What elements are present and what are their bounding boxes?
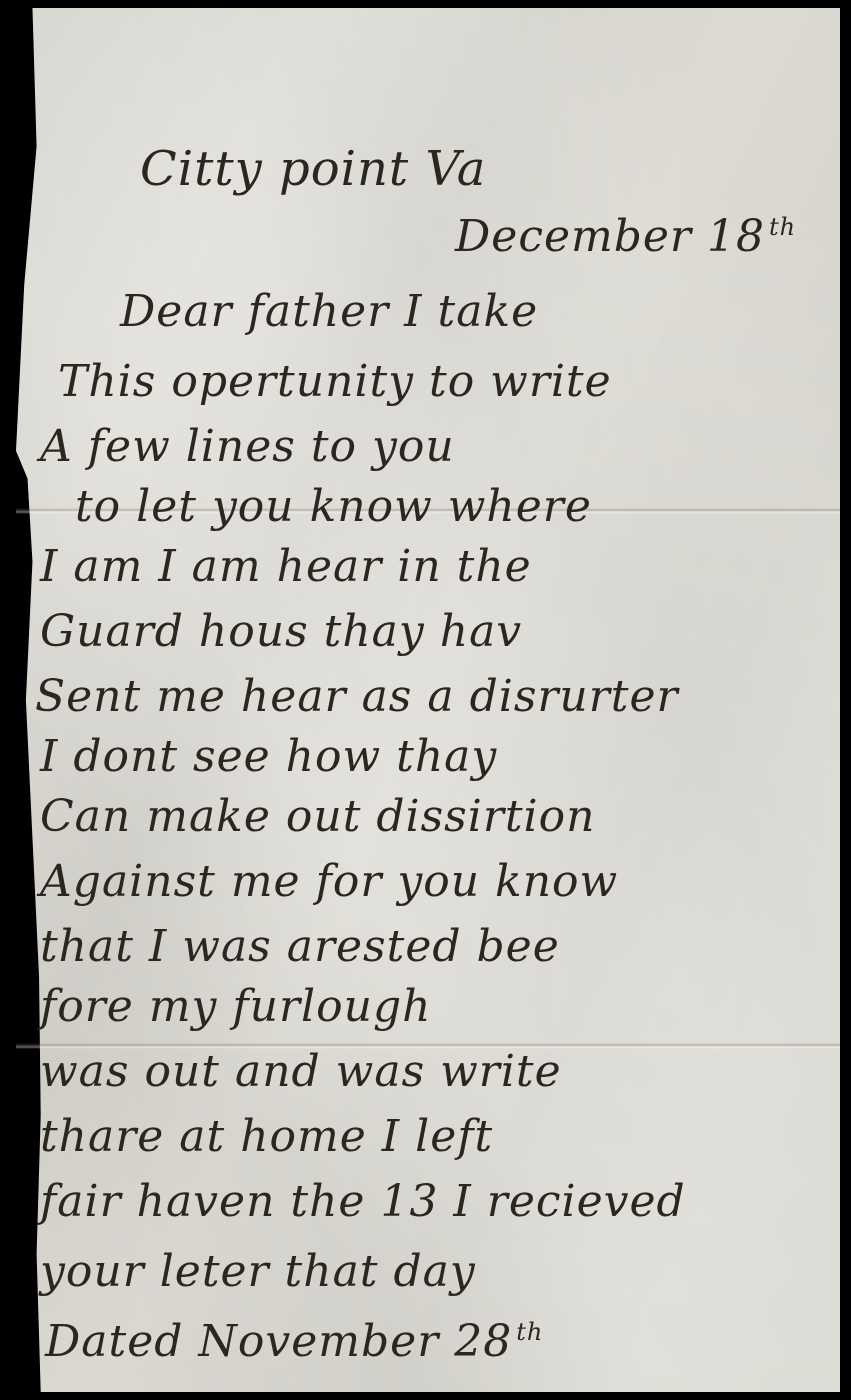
letter-line: thare at home I left bbox=[40, 1115, 493, 1159]
date-suffix: th bbox=[769, 213, 796, 241]
letter-line: that I was arested bee bbox=[40, 925, 560, 969]
closing-suffix: th bbox=[516, 1318, 543, 1346]
letter-line: Can make out dissirtion bbox=[40, 795, 595, 839]
letter-line: I am I am hear in the bbox=[40, 545, 532, 589]
letter-line: I dont see how thay bbox=[40, 735, 497, 779]
letter-line: Dear father I take bbox=[120, 290, 538, 334]
letter-line: was out and was write bbox=[40, 1050, 562, 1094]
place-text: Citty point Va bbox=[140, 141, 486, 197]
letter-line: to let you know where bbox=[75, 485, 592, 529]
letter-line: fore my furlough bbox=[40, 985, 431, 1029]
letter-line: A few lines to you bbox=[40, 425, 455, 469]
letter-closing-line: Dated November 28th bbox=[45, 1320, 543, 1364]
letter-line: Guard hous thay hav bbox=[40, 610, 522, 654]
letter-date: December 18th bbox=[455, 215, 796, 259]
letter-line: Sent me hear as a disrurter bbox=[35, 675, 679, 719]
letter-line: This opertunity to write bbox=[58, 360, 612, 404]
date-text: December 18 bbox=[455, 211, 765, 262]
letter-line: your leter that day bbox=[40, 1250, 476, 1294]
letter-line: fair haven the 13 I recieved bbox=[40, 1180, 686, 1224]
closing-text: Dated November 28 bbox=[45, 1316, 512, 1367]
letter-line: Against me for you know bbox=[40, 860, 618, 904]
letter-place: Citty point Va bbox=[140, 145, 486, 193]
